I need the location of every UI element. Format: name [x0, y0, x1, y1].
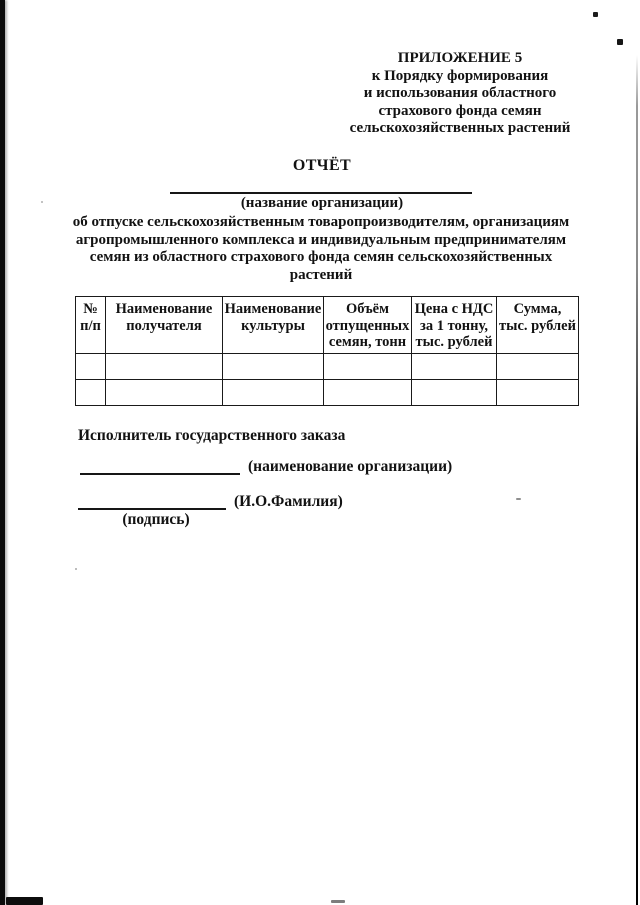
table-cell: [223, 354, 324, 380]
column-header-volume: Объём отпущенных семян, тонн: [324, 297, 412, 354]
column-header-number: № п/п: [76, 297, 106, 354]
column-header-recipient: Наименование получателя: [106, 297, 223, 354]
executor-label: Исполнитель государственного заказа: [78, 427, 345, 445]
name-signature-row: (И.О.Фамилия): [78, 493, 343, 510]
column-header-price: Цена с НДС за 1 тонну, тыс. рублей: [412, 297, 497, 354]
signature-caption: (подпись): [80, 511, 232, 529]
appendix-note: ПРИЛОЖЕНИЕ 5 к Порядку формирования и ис…: [335, 50, 585, 138]
table-cell: [106, 354, 223, 380]
org-name-blank-line: [170, 178, 472, 194]
table-cell: [324, 354, 412, 380]
table-cell: [76, 380, 106, 406]
table-cell: [223, 380, 324, 406]
ink-speck: [331, 900, 345, 903]
name-signature-caption: (И.О.Фамилия): [234, 493, 343, 510]
table-cell: [497, 354, 579, 380]
column-header-sum: Сумма, тыс. рублей: [497, 297, 579, 354]
appendix-line: и использования областного: [335, 85, 585, 103]
org-name-caption: (название организации): [0, 195, 640, 212]
scan-edge-right-artifact: [636, 55, 638, 905]
name-signature-blank-line: [78, 493, 226, 510]
org-signature-blank-line: [80, 458, 240, 475]
table-cell: [76, 354, 106, 380]
table-cell: [412, 380, 497, 406]
table-cell: [106, 380, 223, 406]
scan-edge-left-artifact: [0, 0, 5, 905]
ink-speck: [75, 568, 77, 570]
appendix-line: сельскохозяйственных растений: [335, 120, 585, 138]
table-header-row: № п/п Наименование получателя Наименован…: [76, 297, 579, 354]
table-cell: [412, 354, 497, 380]
table-row: [76, 354, 579, 380]
ink-speck: [593, 12, 598, 17]
appendix-line: к Порядку формирования: [335, 68, 585, 86]
report-title: ОТЧЁТ: [0, 157, 640, 175]
table-cell: [497, 380, 579, 406]
org-signature-caption: (наименование организации): [248, 458, 452, 475]
table-row: [76, 380, 579, 406]
table-cell: [324, 380, 412, 406]
column-header-crop: Наименование культуры: [223, 297, 324, 354]
report-table: № п/п Наименование получателя Наименован…: [75, 296, 579, 406]
ink-speck: [516, 498, 521, 500]
ink-speck: [617, 39, 623, 45]
appendix-line: страхового фонда семян: [335, 103, 585, 121]
org-signature-row: (наименование организации): [80, 458, 452, 475]
report-subtitle: об отпуске сельскохозяйственным товаропр…: [64, 214, 578, 284]
appendix-line: ПРИЛОЖЕНИЕ 5: [335, 50, 585, 68]
scanned-report-page: ПРИЛОЖЕНИЕ 5 к Порядку формирования и ис…: [0, 0, 640, 905]
ink-speck: [6, 897, 43, 905]
